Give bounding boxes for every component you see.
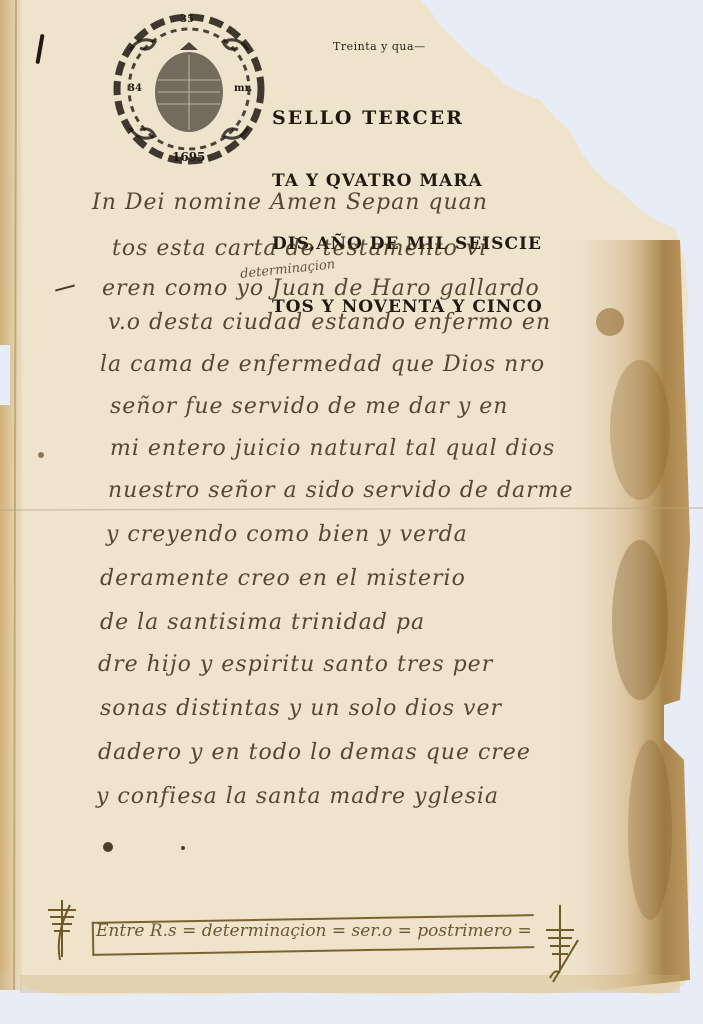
handwritten-line: mi entero juicio natural tal qual dios: [110, 436, 555, 461]
handwritten-line: eren como yo Juan de Haro gallardo: [102, 276, 540, 301]
handwritten-line: nuestro señor a sido servido de darme: [108, 478, 574, 503]
stamp-header-line: SELLO TERCER: [272, 108, 543, 129]
handwritten-line: dre hijo y espiritu santo tres per: [98, 652, 493, 677]
handwritten-line: In Dei nomine Amen Sepan quan: [92, 190, 488, 215]
handwritten-line: y confiesa la santa madre yglesia: [96, 784, 499, 809]
stamp-value-caption: Treinta y qua—: [333, 40, 426, 53]
handwritten-line: de la santisima trinidad pa: [100, 610, 425, 635]
erratum-note: Entre R.s = determinaçion = ser.o = post…: [96, 921, 532, 941]
handwritten-line: dadero y en todo lo demas que cree: [98, 740, 531, 765]
handwritten-line: deramente creo en el misterio: [100, 566, 466, 591]
seal-year: 1695: [172, 150, 205, 164]
handwritten-line: y creyendo como bien y verda: [106, 522, 468, 547]
seal-right-text: mr.: [234, 83, 252, 94]
handwritten-line: v.o desta ciudad estando enfermo en: [108, 310, 551, 335]
right-rubric-icon: [538, 900, 588, 985]
handwritten-line: tos esta carta de testamento vi: [112, 236, 487, 261]
handwritten-line: sonas distintas y un solo dios ver: [100, 696, 502, 721]
handwritten-line: señor fue servido de me dar y en: [110, 394, 508, 419]
royal-seal: 35 34 mr. 1695: [110, 10, 268, 168]
seal-left-number: 34: [128, 83, 142, 94]
left-rubric-icon: [40, 895, 90, 965]
manuscript-page: 1 35 34 mr. 1695 Treinta y qua—: [0, 0, 703, 1024]
stamp-header-line: TA Y QVATRO MARA: [272, 171, 543, 192]
seal-top-number: 35: [180, 14, 194, 25]
handwritten-line: la cama de enfermedad que Dios nro: [100, 352, 545, 377]
